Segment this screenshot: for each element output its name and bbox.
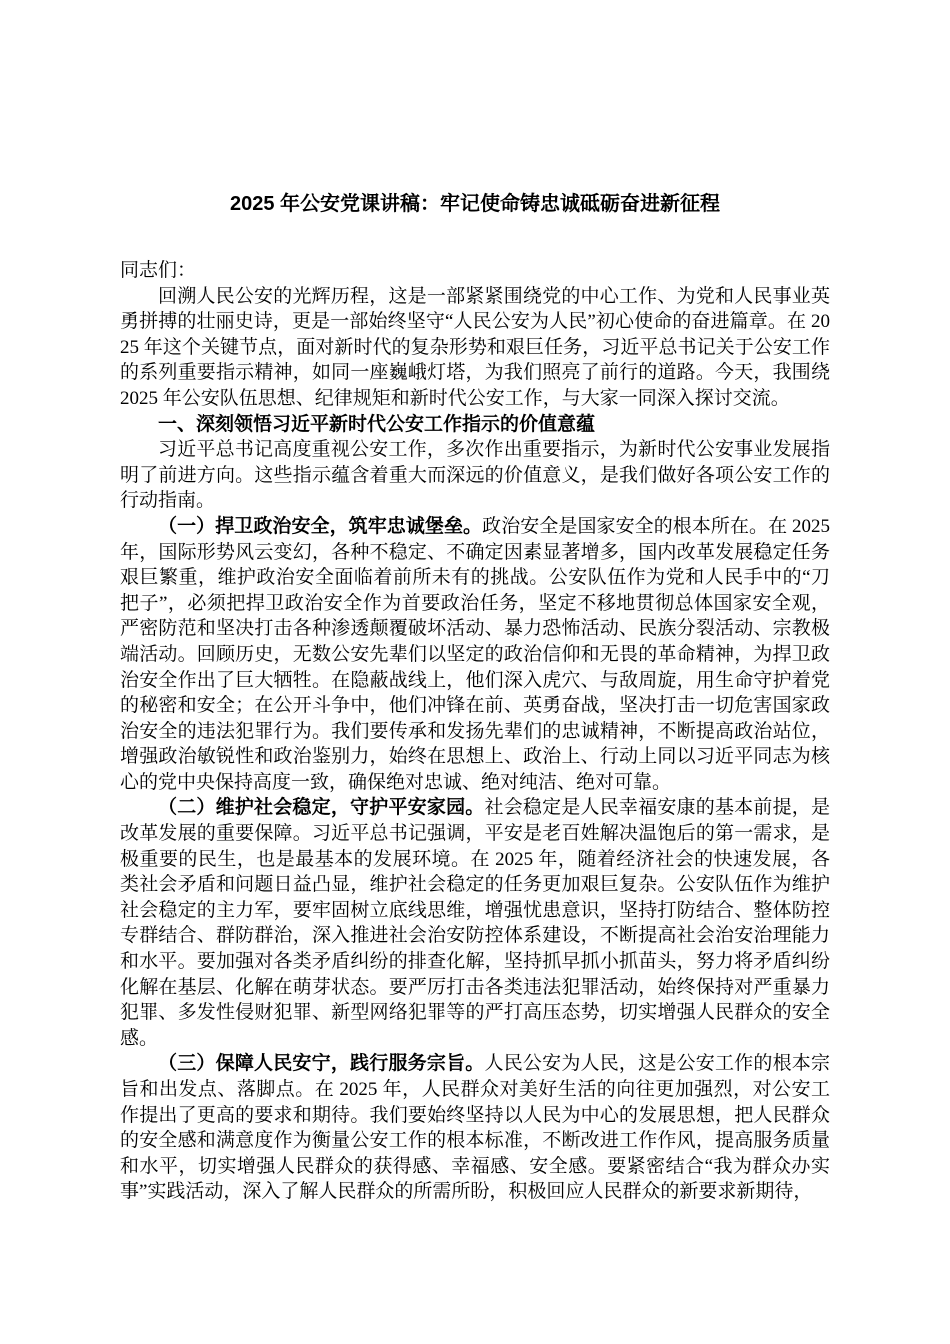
subsection-1-heading: （一）捍卫政治安全，筑牢忠诚堡垒。 [158,516,482,537]
paragraph-section-1-intro: 习近平总书记高度重视公安工作，多次作出重要指示，为新时代公安事业发展指明了前进方… [120,437,830,514]
subsection-3-body: 人民公安为人民，这是公安工作的根本宗旨和出发点、落脚点。在 2025 年，人民群… [120,1053,830,1202]
salutation: 同志们： [120,258,830,284]
subsection-3-heading: （三）保障人民安宁，践行服务宗旨。 [158,1053,485,1074]
document-title: 2025 年公安党课讲稿：牢记使命铸忠诚砥砺奋进新征程 [120,192,830,216]
subsection-2-heading: （二）维护社会稳定，守护平安家园。 [158,797,485,818]
document-page: 2025 年公安党课讲稿：牢记使命铸忠诚砥砺奋进新征程 同志们： 回溯人民公安的… [0,0,950,1344]
heading-section-1: 一、深刻领悟习近平新时代公安工作指示的价值意蕴 [120,412,830,438]
paragraph-opening: 回溯人民公安的光辉历程，这是一部紧紧围绕党的中心工作、为党和人民事业英勇拼搏的壮… [120,284,830,412]
paragraph-subsection-1: （一）捍卫政治安全，筑牢忠诚堡垒。政治安全是国家安全的根本所在。在 2025 年… [120,514,830,796]
subsection-1-body: 政治安全是国家安全的根本所在。在 2025 年，国际形势风云变幻，各种不稳定、不… [120,516,830,793]
paragraph-subsection-3: （三）保障人民安宁，践行服务宗旨。人民公安为人民，这是公安工作的根本宗旨和出发点… [120,1051,830,1205]
paragraph-subsection-2: （二）维护社会稳定，守护平安家园。社会稳定是人民幸福安康的基本前提，是改革发展的… [120,795,830,1051]
subsection-2-body: 社会稳定是人民幸福安康的基本前提，是改革发展的重要保障。习近平总书记强调，平安是… [120,797,830,1048]
